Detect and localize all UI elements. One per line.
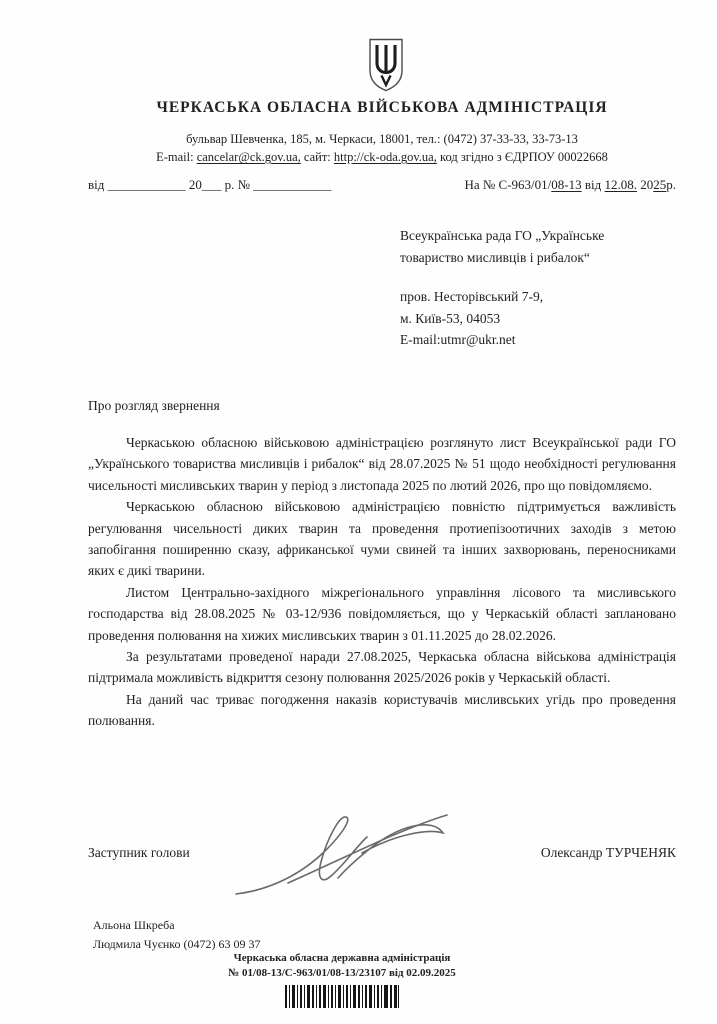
recipient-block: Всеукраїнська рада ГО „Українське товари… xyxy=(400,225,680,351)
incoming-ref-date: 12.08. xyxy=(605,177,638,192)
site-label: сайт: xyxy=(301,150,334,164)
recipient-city: м. Київ-53, 04053 xyxy=(400,308,680,330)
outgoing-ref-blank: від ____________ 20___ р. № ____________ xyxy=(88,177,331,193)
incoming-ref-mid: від xyxy=(582,177,605,192)
recipient-street: пров. Несторівський 7-9, xyxy=(400,286,680,308)
letter-body: Черкаською обласною військовою адміністр… xyxy=(88,432,676,732)
organization-name: ЧЕРКАСЬКА ОБЛАСНА ВІЙСЬКОВА АДМІНІСТРАЦІ… xyxy=(88,99,676,117)
stamp-org-name: Черкаська обласна державна адміністрація xyxy=(217,951,467,966)
ukraine-trident-emblem-icon xyxy=(366,37,406,93)
scanned-letter-page: ЧЕРКАСЬКА ОБЛАСНА ВІЙСЬКОВА АДМІНІСТРАЦІ… xyxy=(0,0,717,1024)
executors-block: Альона Шкреба Людмила Чуєнко (0472) 63 0… xyxy=(93,916,261,953)
body-paragraph-2: Черкаською обласною військовою адміністр… xyxy=(88,496,676,582)
email-label: E-mail: xyxy=(156,150,197,164)
email-address: cancelar@ck.gov.ua, xyxy=(197,150,301,164)
recipient-org-line2: товариство мисливців і рибалок“ xyxy=(400,247,680,269)
registration-stamp: Черкаська обласна державна адміністрація… xyxy=(217,951,467,1008)
subject-line: Про розгляд звернення xyxy=(88,398,220,414)
signer-position: Заступник голови xyxy=(88,845,190,861)
incoming-ref-year-prefix: 20 xyxy=(637,177,653,192)
edrpou-code: код згідно з ЄДРПОУ 00022668 xyxy=(437,150,608,164)
signer-name: Олександр ТУРЧЕНЯК xyxy=(541,845,676,861)
body-paragraph-3: Листом Центрально-західного міжрегіональ… xyxy=(88,582,676,646)
executor-name-1: Альона Шкреба xyxy=(93,916,261,935)
contact-line: E-mail: cancelar@ck.gov.ua, сайт: http:/… xyxy=(88,150,676,165)
incoming-ref-year: 25 xyxy=(653,177,666,192)
barcode-icon xyxy=(285,985,399,1008)
incoming-ref-prefix: На № С-963/01/ xyxy=(464,177,551,192)
body-paragraph-4: За результатами проведеної наради 27.08.… xyxy=(88,646,676,689)
handwritten-signature-icon xyxy=(230,806,460,906)
reference-row: від ____________ 20___ р. № ____________… xyxy=(88,177,676,193)
recipient-org-line1: Всеукраїнська рада ГО „Українське xyxy=(400,225,680,247)
recipient-email: E-mail:utmr@ukr.net xyxy=(400,329,680,351)
incoming-ref-number: 08-13 xyxy=(551,177,581,192)
body-paragraph-1: Черкаською обласною військовою адміністр… xyxy=(88,432,676,496)
address-line: бульвар Шевченка, 185, м. Черкаси, 18001… xyxy=(88,132,676,147)
incoming-ref-suffix: р. xyxy=(666,177,676,192)
body-paragraph-5: На даний час триває погодження наказів к… xyxy=(88,689,676,732)
incoming-ref: На № С-963/01/08-13 від 12.08. 2025р. xyxy=(464,177,676,193)
site-url: http://ck-oda.gov.ua, xyxy=(334,150,437,164)
stamp-reg-number: № 01/08-13/С-963/01/08-13/23107 від 02.0… xyxy=(217,966,467,981)
